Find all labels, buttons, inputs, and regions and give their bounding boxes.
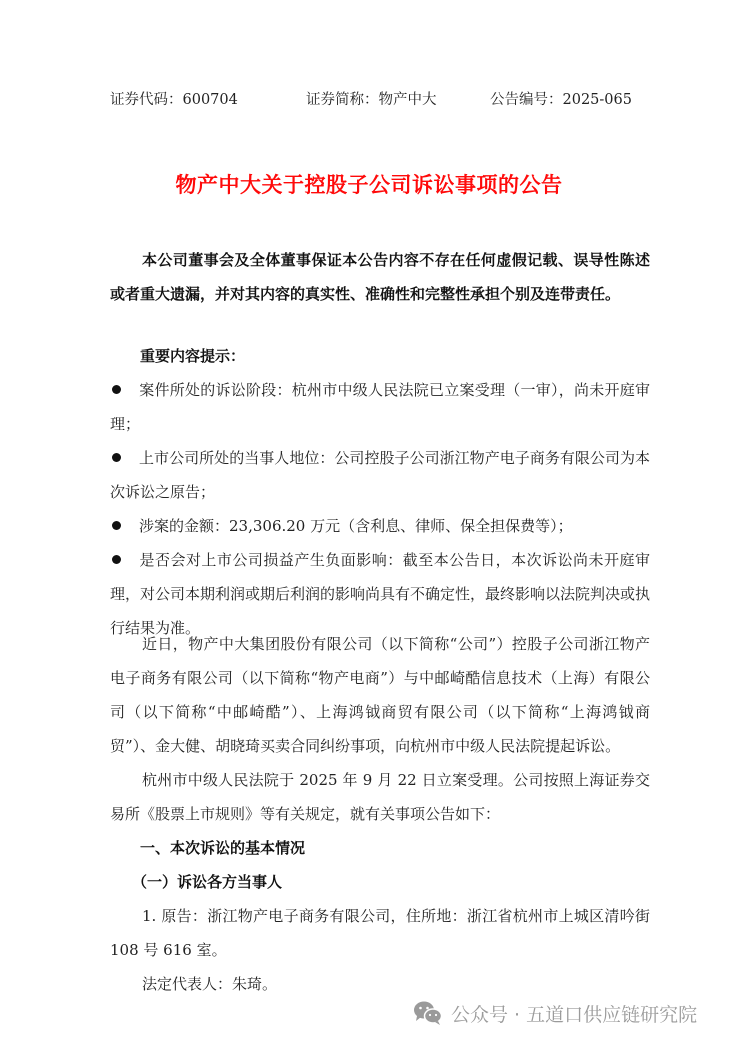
bullet-icon <box>112 453 121 462</box>
stock-code: 证券代码：600704 <box>110 89 238 111</box>
announcement-page: 证券代码：600704 证券简称：物产中大 公告编号：2025-065 物产中大… <box>0 0 738 1043</box>
body-paragraph-filing: 杭州市中级人民法院于 2025 年 9 月 22 日立案受理。公司按照上海证券交… <box>110 763 650 831</box>
subsection-heading-parties: （一）诉讼各方当事人 <box>110 865 650 899</box>
key-points-heading: 重要内容提示： <box>110 339 650 373</box>
key-point-text: 案件所处的诉讼阶段：杭州市中级人民法院已立案受理（一审），尚未开庭审理； <box>110 381 650 433</box>
wechat-icon <box>413 1000 443 1026</box>
section-heading-basic-info: 一、本次诉讼的基本情况 <box>110 831 650 865</box>
key-point-text: 涉案的金额：23,306.20 万元（含利息、律师、保全担保费等）； <box>139 517 573 535</box>
bullet-icon <box>112 521 121 530</box>
key-point-item: 案件所处的诉讼阶段：杭州市中级人民法院已立案受理（一审），尚未开庭审理； <box>110 373 650 441</box>
body-paragraph-background: 近日，物产中大集团股份有限公司（以下简称“公司”）控股子公司浙江物产电子商务有限… <box>110 627 650 763</box>
key-point-item: 涉案的金额：23,306.20 万元（含利息、律师、保全担保费等）； <box>110 509 650 543</box>
announcement-body: 近日，物产中大集团股份有限公司（以下简称“公司”）控股子公司浙江物产电子商务有限… <box>110 627 650 1001</box>
watermark-text: 公众号 · 五道口供应链研究院 <box>451 1000 697 1027</box>
key-point-text: 上市公司所处的当事人地位：公司控股子公司浙江物产电子商务有限公司为本次诉讼之原告… <box>110 449 650 501</box>
key-point-text: 是否会对上市公司损益产生负面影响：截至本公告日，本次诉讼尚未开庭审理，对公司本期… <box>110 551 650 637</box>
board-statement: 本公司董事会及全体董事保证本公告内容不存在任何虚假记载、误导性陈述或者重大遗漏，… <box>110 243 650 311</box>
plaintiff-info: 1. 原告：浙江物产电子商务有限公司，住所地：浙江省杭州市上城区清吟街 108 … <box>110 899 650 967</box>
announcement-number: 公告编号：2025-065 <box>490 89 632 111</box>
key-point-item: 上市公司所处的当事人地位：公司控股子公司浙江物产电子商务有限公司为本次诉讼之原告… <box>110 441 650 509</box>
announcement-title: 物产中大关于控股子公司诉讼事项的公告 <box>0 170 738 200</box>
bullet-icon <box>112 385 121 394</box>
key-points-section: 重要内容提示： 案件所处的诉讼阶段：杭州市中级人民法院已立案受理（一审），尚未开… <box>110 339 650 645</box>
document-header: 证券代码：600704 证券简称：物产中大 公告编号：2025-065 <box>110 89 650 111</box>
bullet-icon <box>112 555 121 564</box>
stock-short-name: 证券简称：物产中大 <box>306 89 437 111</box>
wechat-watermark: 公众号 · 五道口供应链研究院 <box>413 998 697 1028</box>
legal-representative: 法定代表人：朱琦。 <box>110 967 650 1001</box>
